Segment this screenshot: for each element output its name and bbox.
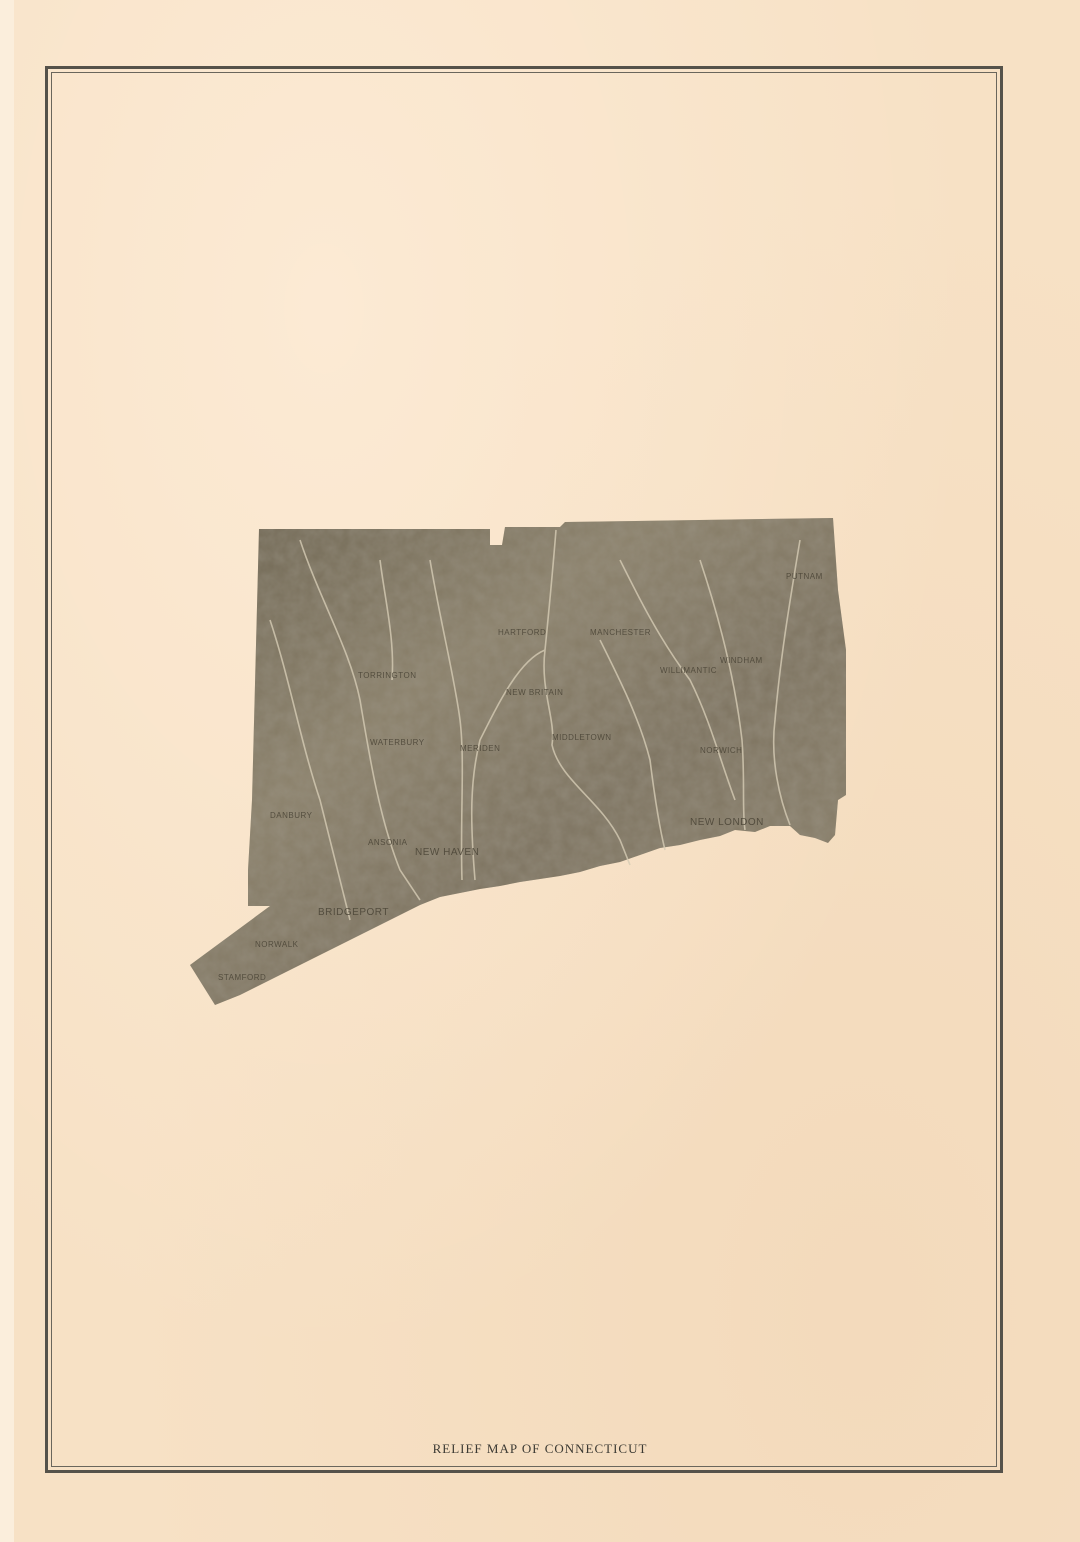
place-label-new-haven: NEW HAVEN [415, 847, 479, 858]
place-label-new-britain: NEW BRITAIN [506, 688, 563, 697]
place-label-norwalk: NORWALK [255, 940, 299, 949]
map-caption: RELIEF MAP OF CONNECTICUT [0, 1441, 1080, 1457]
place-label-norwich: NORWICH [700, 746, 742, 755]
place-label-middletown: MIDDLETOWN [552, 733, 612, 742]
place-label-torrington: TORRINGTON [358, 671, 416, 680]
state-shape [190, 518, 846, 1005]
place-label-manchester: MANCHESTER [590, 628, 651, 637]
connecticut-relief-map [0, 0, 1080, 1542]
place-label-ansonia: ANSONIA [368, 838, 408, 847]
place-label-meriden: MERIDEN [460, 744, 500, 753]
place-label-hartford: HARTFORD [498, 628, 546, 637]
place-label-waterbury: WATERBURY [370, 738, 425, 747]
place-label-stamford: STAMFORD [218, 973, 266, 982]
place-label-windham: WINDHAM [720, 656, 763, 665]
place-label-danbury: DANBURY [270, 811, 312, 820]
place-label-willimantic: WILLIMANTIC [660, 666, 717, 675]
place-label-new-london: NEW LONDON [690, 817, 764, 828]
place-label-putnam: PUTNAM [786, 572, 823, 581]
place-label-bridgeport: BRIDGEPORT [318, 907, 389, 918]
